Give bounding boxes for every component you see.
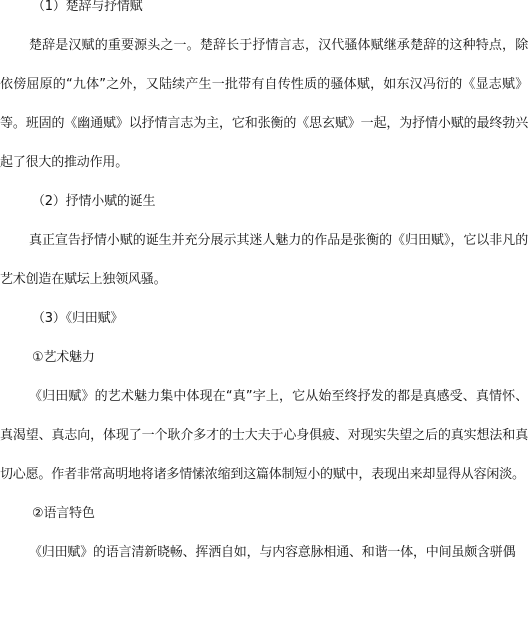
section-heading-guitianfu: （3）《归田赋》	[0, 299, 528, 338]
section-heading-birth: （2）抒情小赋的诞生	[0, 182, 528, 221]
section-heading-chuci: （1）楚辞与抒情赋	[0, 0, 528, 26]
subheading-artistic-charm: ①艺术魅力	[0, 338, 528, 377]
paragraph-language: 《归田赋》的语言清新晓畅、挥洒自如，与内容意脉相通、和谐一体，中间虽颇含骈偶	[0, 533, 528, 572]
subheading-language: ②语言特色	[0, 494, 528, 533]
paragraph-artistic-charm: 《归田赋》的艺术魅力集中体现在“真”字上，它从始至终抒发的都是真感受、真情怀、真…	[0, 377, 528, 494]
paragraph-chuci: 楚辞是汉赋的重要源头之一。楚辞长于抒情言志，汉代骚体赋继承楚辞的这种特点，除依傍…	[0, 26, 528, 182]
paragraph-birth: 真正宣告抒情小赋的诞生并充分展示其迷人魅力的作品是张衡的《归田赋》，它以非凡的艺…	[0, 221, 528, 299]
document-body: （1）楚辞与抒情赋 楚辞是汉赋的重要源头之一。楚辞长于抒情言志，汉代骚体赋继承楚…	[0, 0, 528, 572]
